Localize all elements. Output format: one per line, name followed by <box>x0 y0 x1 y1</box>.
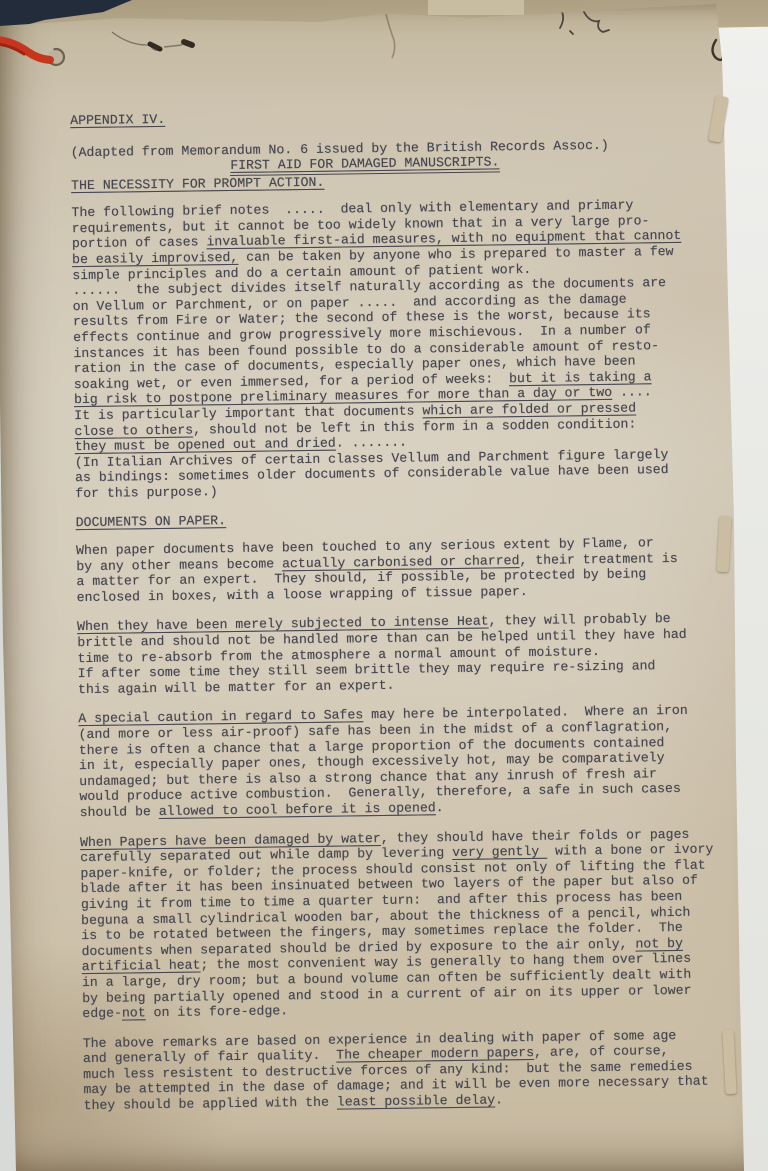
pen-scribble-icon <box>560 12 609 34</box>
wire-mark-icon <box>112 32 162 50</box>
paragraph: When Papers have been damaged by water, … <box>80 826 734 1022</box>
paragraph: The above remarks are based on experienc… <box>83 1027 736 1114</box>
paper-tab-behind <box>428 0 524 15</box>
paragraph: The following brief notes ..... deal onl… <box>71 196 727 501</box>
wire-mark-icon <box>164 45 182 47</box>
tear-mark-icon <box>386 14 395 58</box>
paragraph: When paper documents have been touched t… <box>76 534 729 605</box>
document-body: THE NECESSITY FOR PROMPT ACTION.The foll… <box>71 169 736 1114</box>
page-title: FIRST AID FOR DAMAGED MANUSCRIPTS. <box>39 152 691 176</box>
document-page: APPENDIX IV. FIRST AID FOR DAMAGED MANUS… <box>0 0 768 1171</box>
punch-hole-icon <box>48 49 64 65</box>
red-thread-icon <box>0 40 50 60</box>
title-row: APPENDIX IV. FIRST AID FOR DAMAGED MANUS… <box>70 104 722 129</box>
appendix-label: APPENDIX IV. <box>70 112 165 129</box>
staple-mark-icon <box>184 42 192 45</box>
paragraph: When they have been merely subjected to … <box>77 611 730 698</box>
staple-mark-icon <box>150 44 160 49</box>
scanned-document: APPENDIX IV. FIRST AID FOR DAMAGED MANUS… <box>0 0 768 1171</box>
section-heading: DOCUMENTS ON PAPER. <box>76 507 728 531</box>
paragraph: A special caution in regard to Safes may… <box>78 703 731 821</box>
typewritten-content: APPENDIX IV. FIRST AID FOR DAMAGED MANUS… <box>70 104 736 1127</box>
red-thread-icon <box>0 44 24 54</box>
